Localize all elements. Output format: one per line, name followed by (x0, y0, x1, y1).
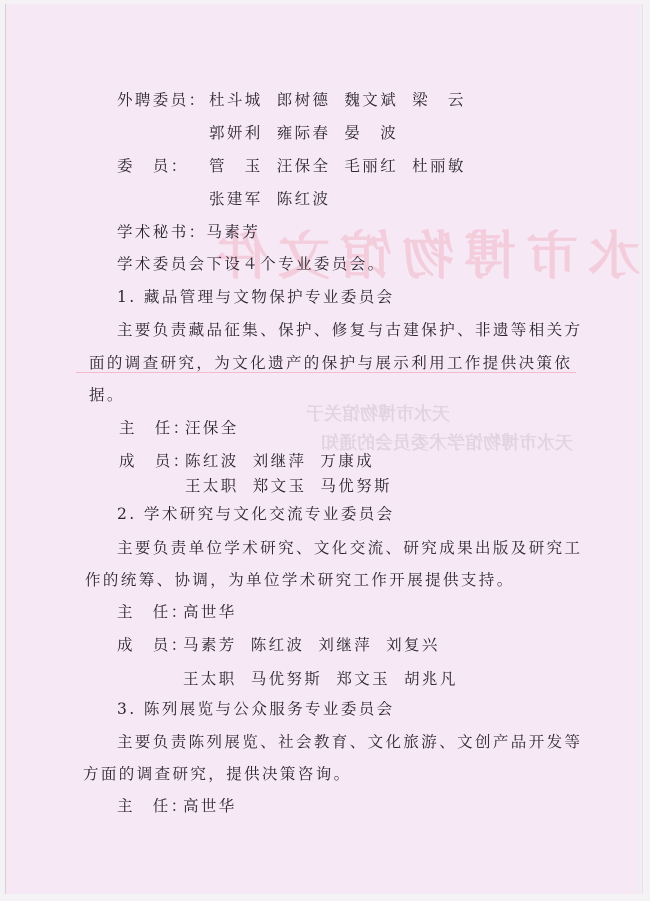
committee-3-desc: 主要负责陈列展览、社会教育、文化旅游、文创产品开发等 (117, 732, 582, 752)
member-name: 郑文玉 (253, 476, 307, 496)
committee-2-title: 2. 学术研究与文化交流专业委员会 (117, 504, 395, 524)
member-name: 杜丽敏 (412, 156, 466, 176)
member-name: 王太职 (183, 669, 237, 689)
members-label: 委 员： (117, 156, 209, 176)
member-name: 魏文斌 (344, 90, 398, 110)
committee-2-members-row-1: 成 员：马素芳陈红波刘继萍刘复兴 (117, 635, 454, 655)
director-label: 主 任： (117, 796, 183, 816)
director-label: 主 任： (117, 602, 183, 622)
committee-1-members-row-2: 王太职郑文玉马优努斯 (185, 476, 406, 496)
member-name: 胡兆凡 (404, 669, 458, 689)
member-name: 刘复兴 (386, 635, 440, 655)
secretary-label: 学术秘书： (117, 222, 207, 242)
document-page: 天水市博物馆文件 天水市博物馆关于 天水市博物馆学术委员会的通知 外聘委员：杜斗… (6, 4, 642, 894)
committee-3-title: 3. 陈列展览与公众服务专业委员会 (117, 699, 395, 719)
committee-1-desc: 据。 (89, 385, 125, 405)
member-name: 马优努斯 (320, 476, 392, 496)
secretary-name: 马素芳 (207, 223, 261, 241)
intro-text: 学术委员会下设４个专业委员会。 (117, 254, 386, 274)
committee-1-desc: 主要负责藏品征集、保护、修复与古建保护、非遗等相关方 (117, 320, 582, 340)
member-name: 郎树德 (277, 90, 331, 110)
members-label: 成 员： (119, 451, 185, 471)
member-name: 刘继萍 (253, 451, 307, 471)
external-members-row-1: 外聘委员：杜斗城郎树德魏文斌梁 云 (117, 90, 480, 110)
member-name: 管 玉 (209, 156, 263, 176)
member-name: 雍际春 (277, 123, 331, 143)
committee-1-title: 1. 藏品管理与文物保护专业委员会 (117, 287, 395, 307)
committee-2-members-row-2: 王太职马优努斯郑文玉胡兆凡 (183, 669, 472, 689)
member-name: 马素芳 (183, 635, 237, 655)
members-label: 成 员： (117, 635, 183, 655)
member-name: 万康成 (320, 451, 374, 471)
director-label: 主 任： (119, 418, 185, 438)
committee-2-desc: 主要负责单位学术研究、文化交流、研究成果出版及研究工 (117, 538, 582, 558)
director-name: 高世华 (183, 797, 237, 815)
member-name: 郭妍利 (209, 123, 263, 143)
member-name: 陈红波 (251, 635, 305, 655)
committee-2-director: 主 任：高世华 (117, 602, 237, 622)
external-members-label: 外聘委员： (117, 90, 209, 110)
committee-1-desc: 面的调查研究，为文化遗产的保护与展示利用工作提供决策依 (89, 353, 572, 373)
committee-1-director: 主 任：汪保全 (119, 418, 239, 438)
member-name: 陈红波 (277, 189, 331, 209)
letterhead-bleed-through: 天水市博物馆文件 (206, 214, 642, 289)
committee-1-members-row-1: 成 员：陈红波刘继萍万康成 (119, 451, 388, 471)
member-name: 陈红波 (185, 451, 239, 471)
member-name: 晏 波 (344, 123, 398, 143)
director-name: 高世华 (183, 603, 237, 621)
members-row-1: 委 员：管 玉汪保全毛丽红杜丽敏 (117, 156, 480, 176)
committee-3-director: 主 任：高世华 (117, 796, 237, 816)
member-name: 张建军 (209, 189, 263, 209)
member-name: 马优努斯 (251, 669, 323, 689)
secretary-line: 学术秘书：马素芳 (117, 222, 260, 242)
external-members-row-2: 郭妍利雍际春晏 波 (209, 123, 412, 143)
ghost-heading-1: 天水市博物馆关于 (306, 400, 450, 426)
member-name: 郑文玉 (336, 669, 390, 689)
page-edge (634, 4, 642, 894)
members-row-2: 张建军陈红波 (209, 189, 344, 209)
director-name: 汪保全 (185, 419, 239, 437)
member-name: 王太职 (185, 476, 239, 496)
member-name: 毛丽红 (344, 156, 398, 176)
committee-3-desc: 方面的调查研究，提供决策咨询。 (83, 764, 352, 784)
member-name: 刘继萍 (318, 635, 372, 655)
member-name: 梁 云 (412, 90, 466, 110)
committee-2-desc: 作的统筹、协调，为单位学术研究工作开展提供支持。 (85, 570, 515, 590)
member-name: 杜斗城 (209, 90, 263, 110)
member-name: 汪保全 (277, 156, 331, 176)
